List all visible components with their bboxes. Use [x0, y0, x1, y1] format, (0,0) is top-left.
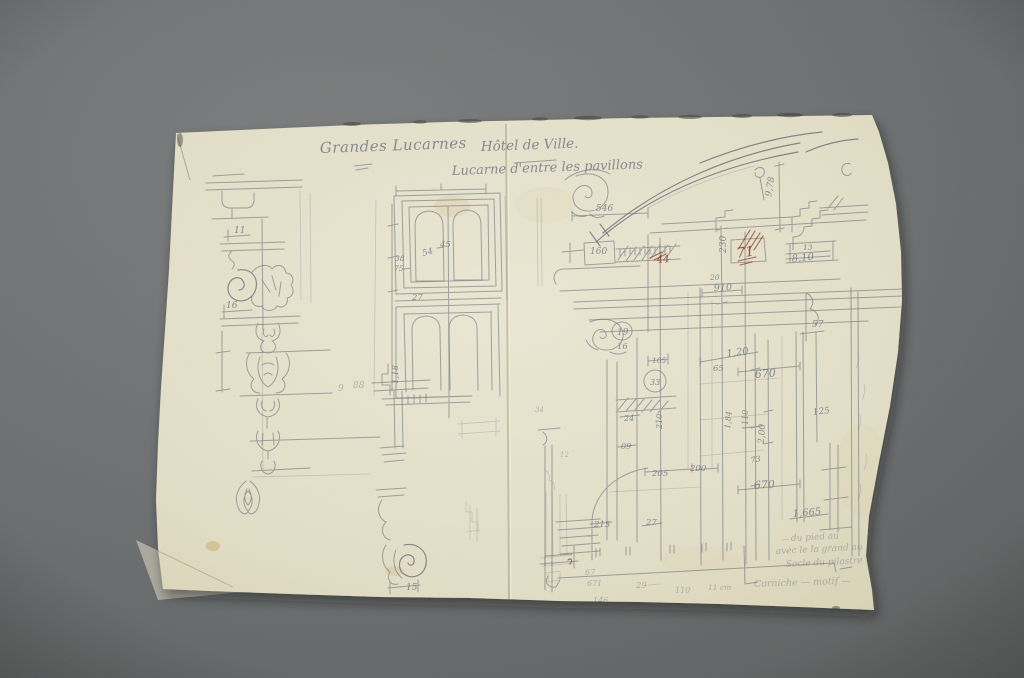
photo-of-architectural-sketch: 11 16 45 54 38 75 27 1,18 9 88 15 34 12 [0, 0, 1024, 678]
photo-grain [0, 0, 1024, 678]
